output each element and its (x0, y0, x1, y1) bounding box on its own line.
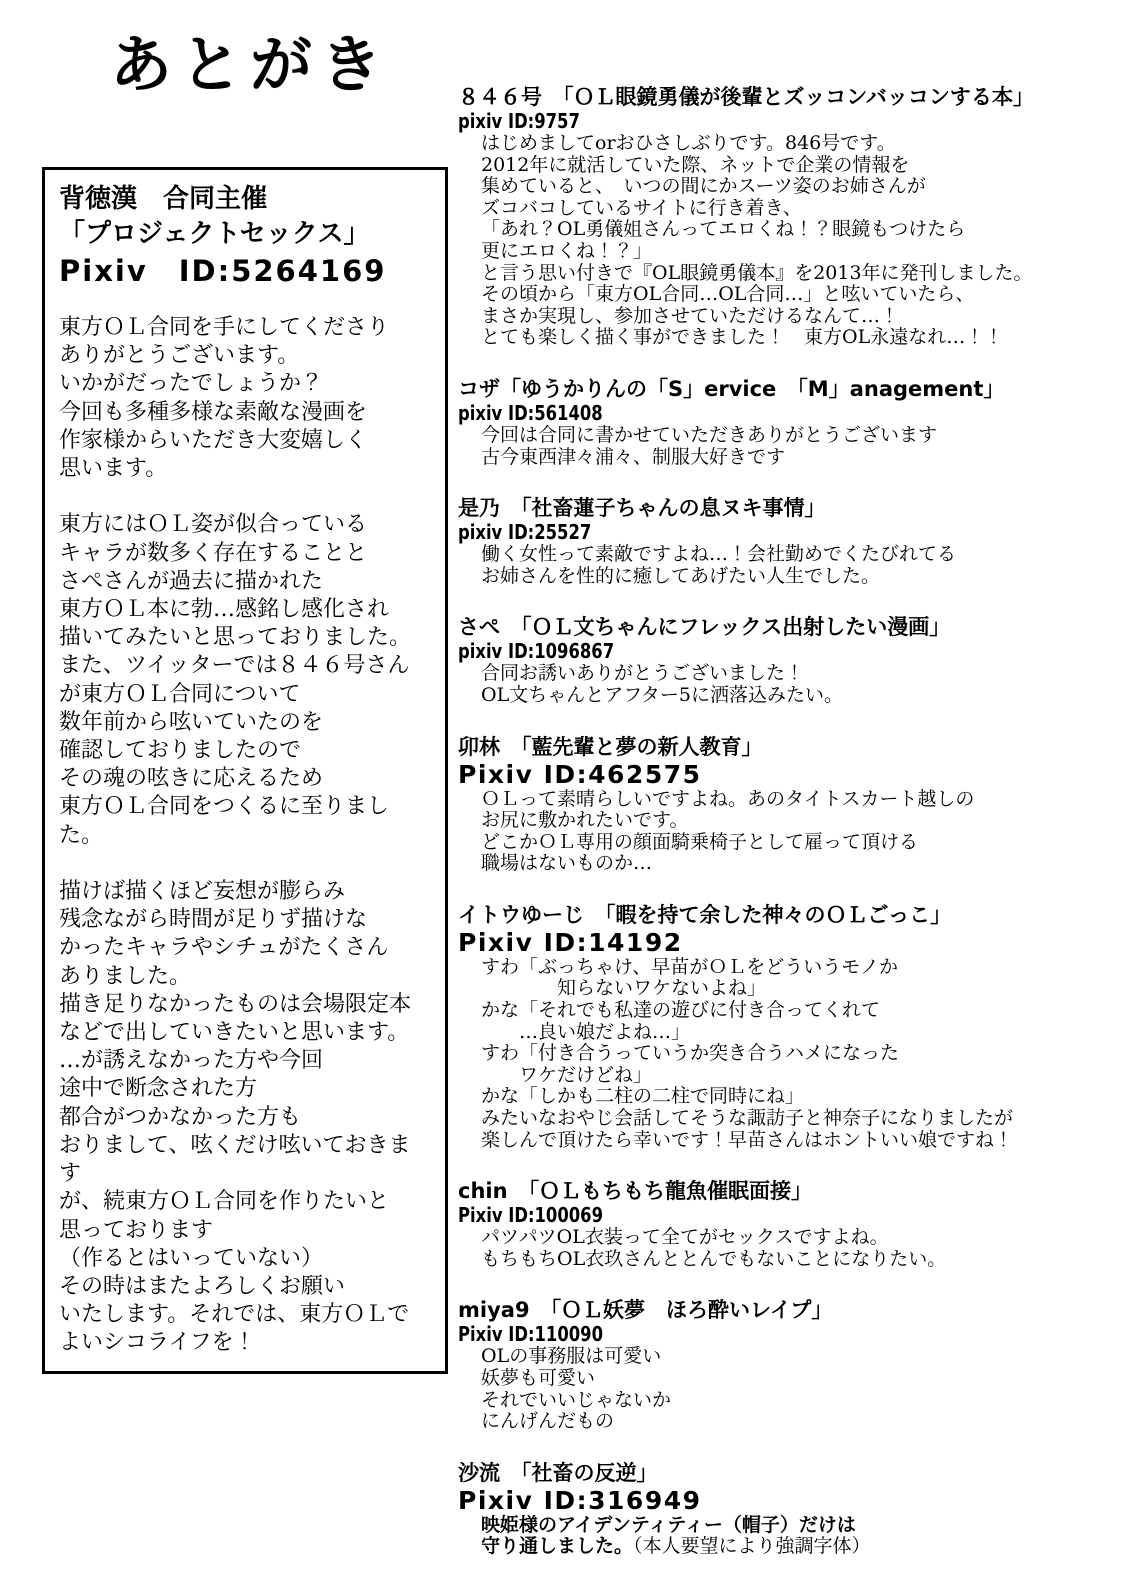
contributor-pixiv-id: pixiv ID:1096867 (458, 640, 966, 663)
header-separator (500, 496, 521, 520)
header-separator (584, 903, 605, 927)
contributor-name: miya9 (458, 1298, 530, 1322)
contributor-entry: ８４６号 「ＯＬ眼鏡勇儀が後輩とズッコンバッコンする本」 pixiv ID:97… (458, 84, 1078, 349)
contributor-comment: OLの事務服は可愛い 妖夢も可愛い それでいいじゃないか にんげんだもの (458, 1346, 1078, 1432)
contributor-entry: コザ「ゆうかりんの「S」ervice 「M」anagement」 pixiv I… (458, 376, 1078, 468)
work-title: 「ＯＬ妖夢 ほろ酔いレイプ」 (551, 1298, 833, 1322)
contributor-name: イトウゆーじ (458, 903, 584, 927)
work-title: 「暇を持て余した神々のＯＬごっこ」 (605, 903, 951, 927)
work-title: 「ＯＬ眼鏡勇儀が後輩とズッコンバッコンする本」 (563, 85, 1034, 109)
contributor-header: さぺ 「ＯＬ文ちゃんにフレックス出射したい漫画」 (458, 614, 1078, 640)
header-separator (500, 1461, 521, 1485)
header-separator (500, 735, 521, 759)
contributor-entry: さぺ 「ＯＬ文ちゃんにフレックス出射したい漫画」 pixiv ID:109686… (458, 614, 1078, 706)
contributor-name: 沙流 (458, 1461, 500, 1485)
contributor-header: chin 「ＯＬもちもち龍魚催眠面接」 (458, 1178, 1078, 1204)
contributor-comment: 今回は合同に書かせていただきありがとうございます 古今東西津々浦々、制服大好きで… (458, 425, 1078, 468)
contributor-entry: miya9 「ＯＬ妖夢 ほろ酔いレイプ」 Pixiv ID:110090 OLの… (458, 1297, 1078, 1432)
work-title: 「社畜の反逆」 (521, 1461, 658, 1485)
contributor-header: コザ「ゆうかりんの「S」ervice 「M」anagement」 (458, 376, 1078, 402)
header-separator (530, 1298, 551, 1322)
contributor-comment: パツパツOL衣装って全てがセックスですよね。 もちもちOL衣玖さんととんでもない… (458, 1227, 1078, 1270)
contributor-comment: ＯＬって素晴らしいですよね。あのタイトスカート越しの お尻に敷かれたいです。 ど… (458, 789, 1078, 875)
contributor-header: イトウゆーじ 「暇を持て余した神々のＯＬごっこ」 (458, 902, 1078, 928)
work-title: 「ＯＬ文ちゃんにフレックス出射したい漫画」 (521, 615, 950, 639)
work-title: 「藍先輩と夢の新人教育」 (521, 735, 763, 759)
contributor-pixiv-id: Pixiv ID:316949 (458, 1486, 1078, 1515)
organizer-box: 背徳漢 合同主催 「プロジェクトセックス」 Pixiv ID:5264169 東… (42, 167, 448, 1374)
contributor-comment: 働く女性って素敵ですよね…！会社勤めでくたびれてる お姉さんを性的に癒してあげた… (458, 544, 1078, 587)
contributor-name: さぺ (458, 615, 500, 639)
contributor-comment: すわ「ぶっちゃけ、早苗がＯＬをどういうモノか 知らないワケないよね」 かな「それ… (458, 957, 1078, 1151)
contributor-name: ８４６号 (458, 85, 542, 109)
contributor-comment: 映姫様のアイデンティティー（帽子）だけは 守り通しました。（本人要望により強調字… (458, 1515, 1078, 1558)
afterword-page: { "title": "あとがき", "organizer": { "name_… (0, 0, 1134, 1582)
organizer-name-role: 背徳漢 合同主催 (59, 182, 431, 217)
contributor-header: ８４６号 「ＯＬ眼鏡勇儀が後輩とズッコンバッコンする本」 (458, 84, 1078, 110)
contributor-pixiv-id: Pixiv ID:100069 (458, 1204, 966, 1227)
contributor-pixiv-id: Pixiv ID:14192 (458, 928, 1078, 957)
contributor-pixiv-id: pixiv ID:25527 (458, 521, 966, 544)
contributor-pixiv-id: Pixiv ID:462575 (458, 760, 1078, 789)
header-separator (508, 1179, 529, 1203)
header-separator (500, 615, 521, 639)
work-title: 「ＯＬもちもち龍魚催眠面接」 (529, 1179, 813, 1203)
contributor-pixiv-id: Pixiv ID:110090 (458, 1323, 966, 1346)
contributor-pixiv-id: pixiv ID:9757 (458, 110, 966, 133)
contributor-header: miya9 「ＯＬ妖夢 ほろ酔いレイプ」 (458, 1297, 1078, 1323)
page-title: あとがき (110, 28, 390, 102)
contributor-header: 沙流 「社畜の反逆」 (458, 1460, 1078, 1486)
contributor-header: 是乃 「社畜蓮子ちゃんの息ヌキ事情」 (458, 495, 1078, 521)
contributor-entry: イトウゆーじ 「暇を持て余した神々のＯＬごっこ」 Pixiv ID:14192 … (458, 902, 1078, 1151)
contributor-comment: 合同お誘いありがとうございました！ OL文ちゃんとアフター5に洒落込みたい。 (458, 663, 1078, 706)
contributor-name: 卯林 (458, 735, 500, 759)
organizer-pixiv-id: Pixiv ID:5264169 (59, 252, 431, 290)
contributor-pixiv-id: pixiv ID:561408 (458, 402, 966, 425)
contributor-name: コザ (458, 377, 500, 401)
contributor-name: 是乃 (458, 496, 500, 520)
header-separator (542, 85, 563, 109)
contributor-entry: chin 「ＯＬもちもち龍魚催眠面接」 Pixiv ID:100069 パツパツ… (458, 1178, 1078, 1270)
work-title: 「社畜蓮子ちゃんの息ヌキ事情」 (521, 496, 826, 520)
contributor-header: 卯林 「藍先輩と夢の新人教育」 (458, 734, 1078, 760)
organizer-circle-name: 「プロジェクトセックス」 (59, 217, 431, 252)
contributors-list: ８４６号 「ＯＬ眼鏡勇儀が後輩とズッコンバッコンする本」 pixiv ID:97… (458, 84, 1078, 1582)
contributor-entry: 沙流 「社畜の反逆」 Pixiv ID:316949 映姫様のアイデンティティー… (458, 1460, 1078, 1558)
contributor-name: chin (458, 1179, 508, 1203)
contributor-entry: 是乃 「社畜蓮子ちゃんの息ヌキ事情」 pixiv ID:25527 働く女性って… (458, 495, 1078, 587)
organizer-message: 東方ＯＬ合同を手にしてくださり ありがとうございます。 いかがだったでしょうか？… (59, 314, 431, 1358)
contributor-entry: 卯林 「藍先輩と夢の新人教育」 Pixiv ID:462575 ＯＬって素晴らし… (458, 734, 1078, 875)
work-title: 「ゆうかりんの「S」ervice 「M」anagement」 (500, 377, 1004, 401)
contributor-comment: はじめましてorおひさしぶりです。846号です。 2012年に就活していた際、ネ… (458, 133, 1078, 349)
